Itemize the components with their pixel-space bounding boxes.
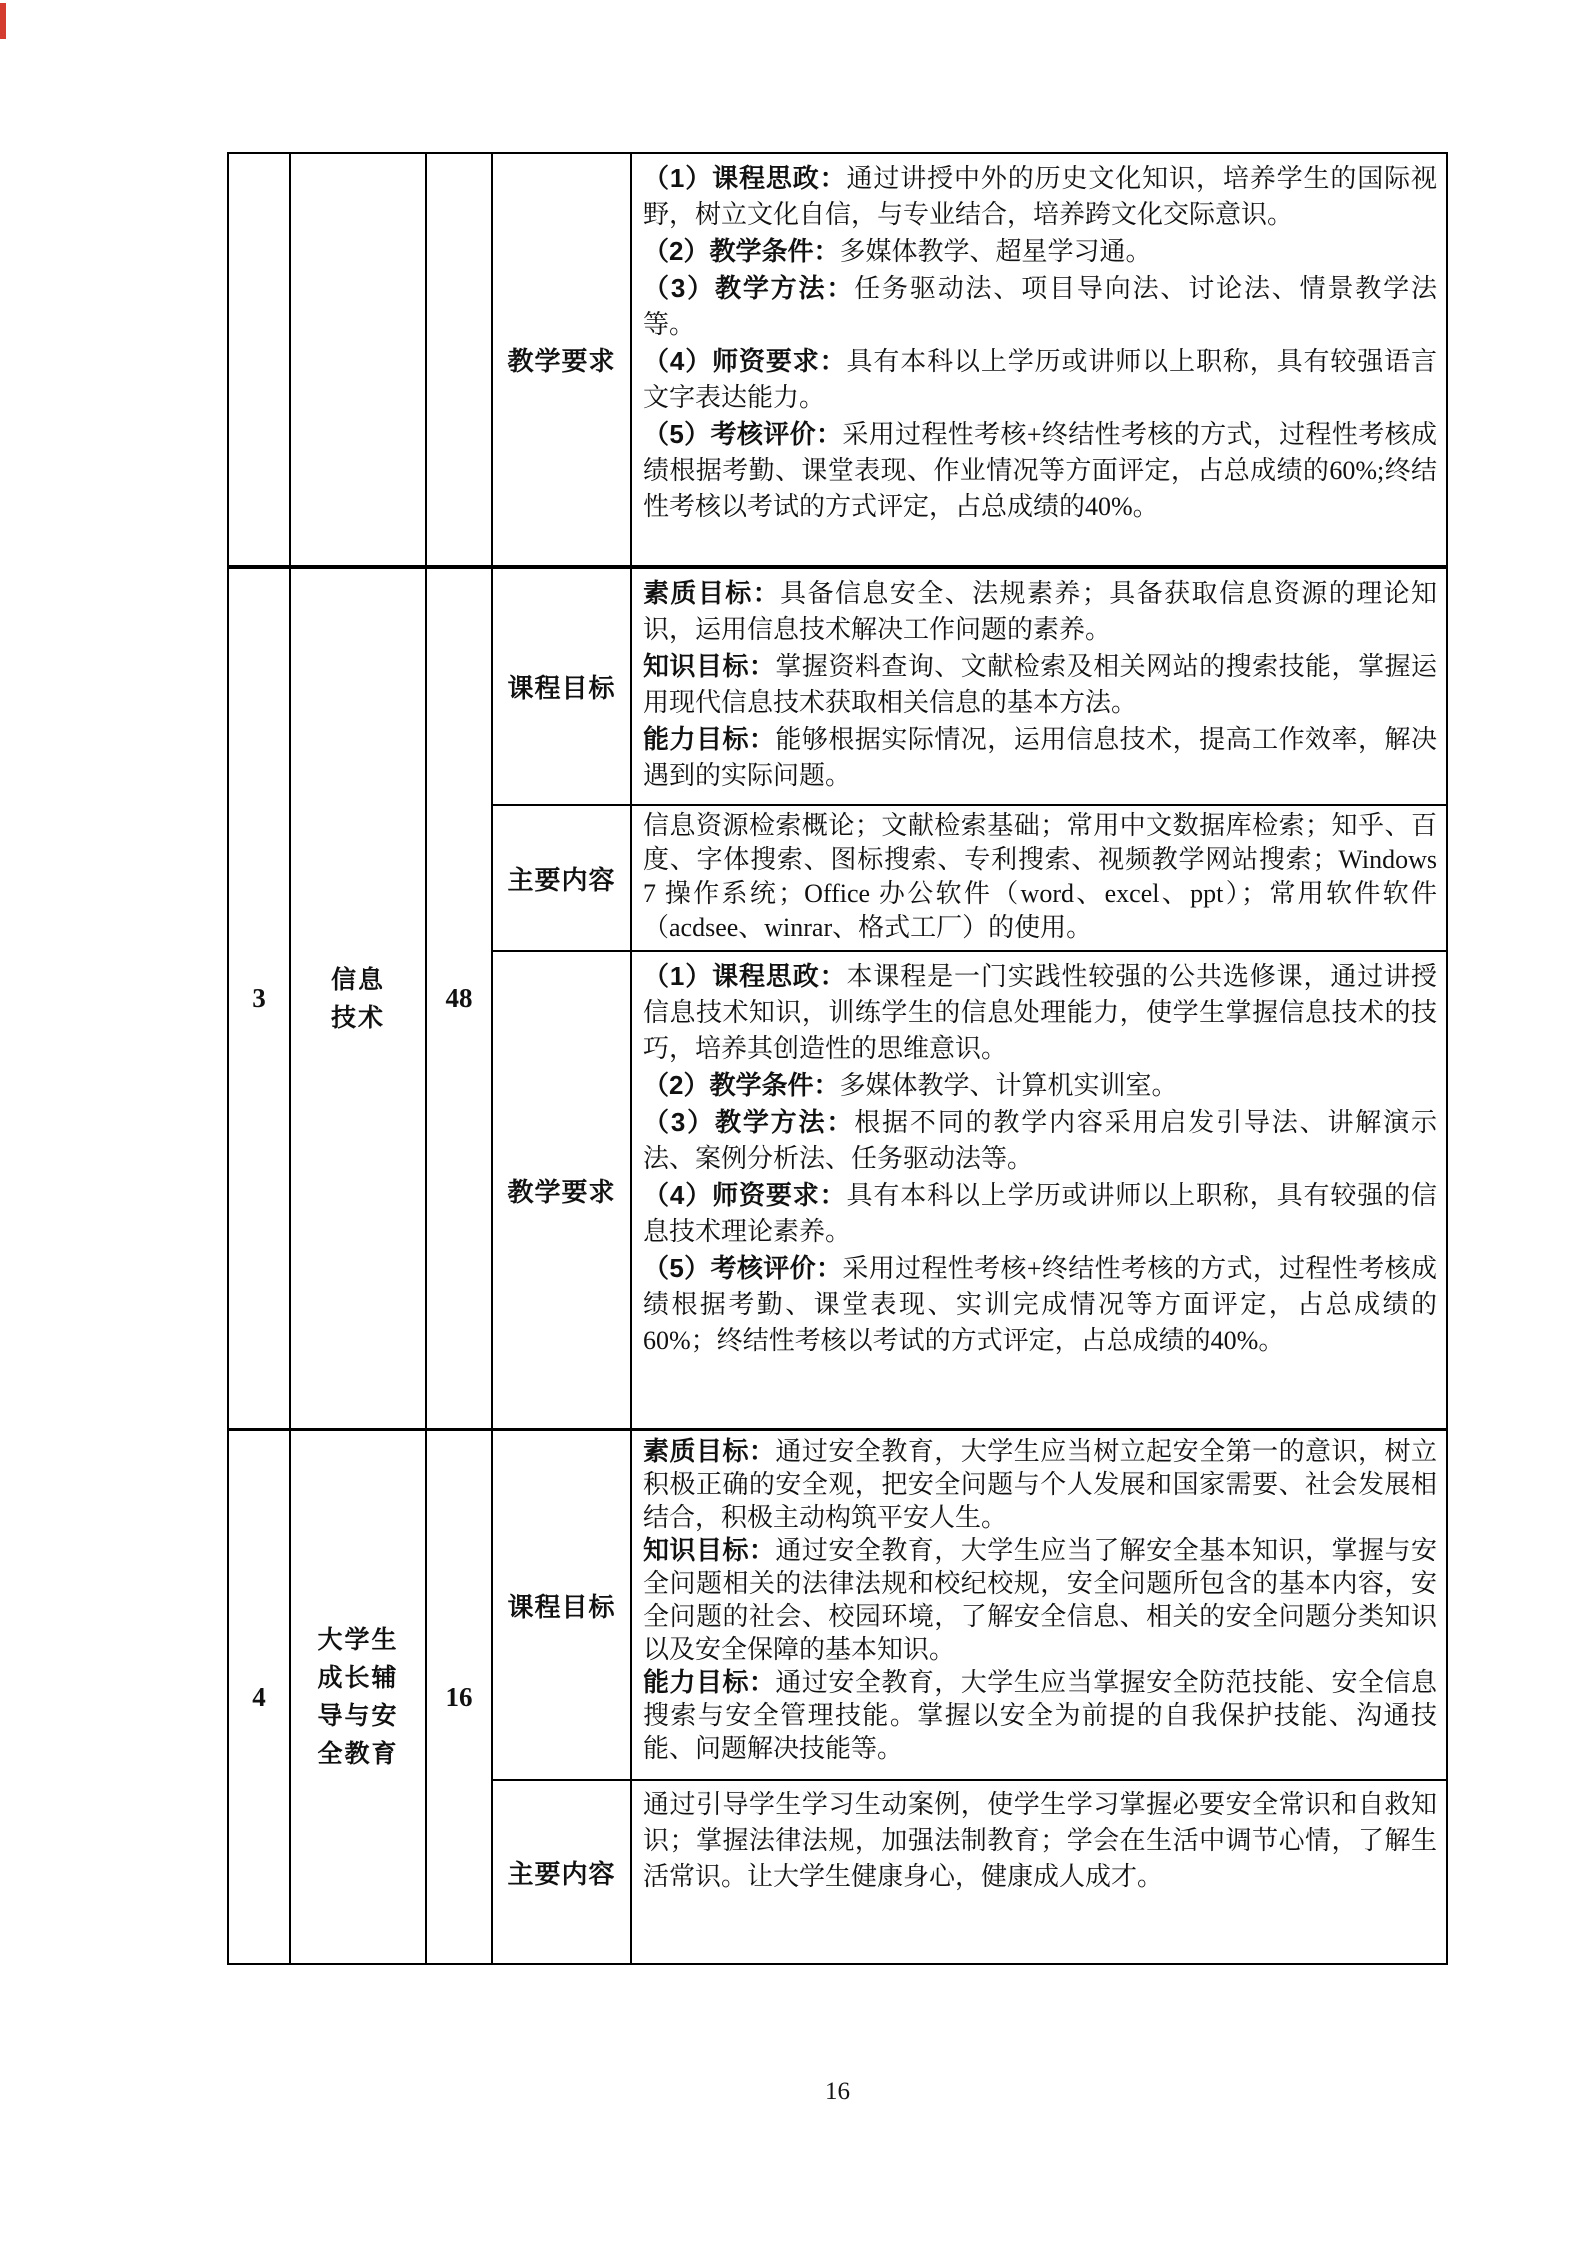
- paragraph: （5）考核评价：采用过程性考核+终结性考核的方式，过程性考核成绩根据考勤、课堂表…: [643, 1250, 1437, 1359]
- paragraph-lead: （3）教学方法：: [643, 1107, 854, 1137]
- curriculum-table: 教学要求 （1）课程思政：通过讲授中外的历史文化知识，培养学生的国际视野，树立文…: [227, 152, 1448, 1965]
- cell-section-content: 素质目标：通过安全教育，大学生应当树立起安全第一的意识，树立积极正确的安全观，把…: [632, 1431, 1446, 1779]
- paragraph: 信息资源检索概论；文献检索基础；常用中文数据库检索；知乎、百度、字体搜索、图标搜…: [643, 809, 1437, 945]
- scan-artifact-red: [0, 3, 6, 39]
- cell-serial-number: 4: [229, 1431, 291, 1963]
- paragraph: 通过引导学生学习生动案例，使学生学习掌握必要安全常识和自救知识；掌握法律法规，加…: [643, 1787, 1437, 1895]
- cell-section-label: 教学要求: [493, 952, 632, 1428]
- paragraph-lead: 知识目标：: [643, 1535, 775, 1565]
- table-row-continuation: 教学要求 （1）课程思政：通过讲授中外的历史文化知识，培养学生的国际视野，树立文…: [229, 154, 1446, 565]
- course-sections: 教学要求 （1）课程思政：通过讲授中外的历史文化知识，培养学生的国际视野，树立文…: [493, 154, 1446, 565]
- paragraph-lead: 素质目标：: [643, 578, 780, 608]
- paragraph: （2）教学条件：多媒体教学、超星学习通。: [643, 233, 1437, 270]
- paragraph: 能力目标：通过安全教育，大学生应当掌握安全防范技能、安全信息搜索与安全管理技能。…: [643, 1666, 1437, 1765]
- cell-course-name: [291, 154, 427, 565]
- cell-hours: 48: [427, 569, 493, 1428]
- paragraph-lead: 知识目标：: [643, 651, 775, 681]
- cell-serial-number: [229, 154, 291, 565]
- section-teaching-requirements: 教学要求 （1）课程思政：通过讲授中外的历史文化知识，培养学生的国际视野，树立文…: [493, 154, 1446, 565]
- cell-section-content: 信息资源检索概论；文献检索基础；常用中文数据库检索；知乎、百度、字体搜索、图标搜…: [632, 806, 1446, 950]
- table-row-course-4: 4 大学生 成长辅 导与安 全教育 16 课程目标 素质目标：通过安全教育，大学…: [229, 1428, 1446, 1963]
- paragraph-lead: （4）师资要求：: [643, 346, 847, 376]
- paragraph: （4）师资要求：具有本科以上学历或讲师以上职称，具有较强的信息技术理论素养。: [643, 1177, 1437, 1250]
- paragraph-lead: 能力目标：: [643, 724, 775, 754]
- paragraph-lead: （1）课程思政：: [643, 961, 847, 991]
- paragraph-lead: 素质目标：: [643, 1436, 775, 1466]
- cell-course-name: 信息 技术: [291, 569, 427, 1428]
- paragraph-lead: 能力目标：: [643, 1667, 775, 1697]
- cell-section-content: （1）课程思政：通过讲授中外的历史文化知识，培养学生的国际视野，树立文化自信，与…: [632, 154, 1446, 565]
- paragraph: （3）教学方法：根据不同的教学内容采用启发引导法、讲解演示法、案例分析法、任务驱…: [643, 1104, 1437, 1177]
- paragraph-lead: （2）教学条件：: [643, 1070, 839, 1100]
- paragraph-lead: （5）考核评价：: [643, 1253, 842, 1283]
- cell-section-label: 课程目标: [493, 1431, 632, 1779]
- paragraph-lead: （5）考核评价：: [643, 419, 842, 449]
- paragraph: （5）考核评价：采用过程性考核+终结性考核的方式，过程性考核成绩根据考勤、课堂表…: [643, 416, 1437, 525]
- section-course-goals: 课程目标 素质目标：具备信息安全、法规素养；具备获取信息资源的理论知识，运用信息…: [493, 569, 1446, 804]
- paragraph-lead: （1）课程思政：: [643, 163, 847, 193]
- paragraph: （1）课程思政：本课程是一门实践性较强的公共选修课，通过讲授信息技术知识，训练学…: [643, 958, 1437, 1067]
- paragraph: （4）师资要求：具有本科以上学历或讲师以上职称，具有较强语言文字表达能力。: [643, 343, 1437, 416]
- cell-section-content: 通过引导学生学习生动案例，使学生学习掌握必要安全常识和自救知识；掌握法律法规，加…: [632, 1781, 1446, 1963]
- paragraph-lead: （4）师资要求：: [643, 1180, 847, 1210]
- cell-course-name: 大学生 成长辅 导与安 全教育: [291, 1431, 427, 1963]
- paragraph-lead: （2）教学条件：: [643, 236, 839, 266]
- section-teaching-requirements: 教学要求 （1）课程思政：本课程是一门实践性较强的公共选修课，通过讲授信息技术知…: [493, 950, 1446, 1428]
- cell-serial-number: 3: [229, 569, 291, 1428]
- paragraph-lead: （3）教学方法：: [643, 273, 854, 303]
- paragraph: （2）教学条件：多媒体教学、计算机实训室。: [643, 1067, 1437, 1104]
- paragraph: 能力目标：能够根据实际情况，运用信息技术，提高工作效率，解决遇到的实际问题。: [643, 721, 1437, 794]
- cell-section-content: 素质目标：具备信息安全、法规素养；具备获取信息资源的理论知识，运用信息技术解决工…: [632, 569, 1446, 804]
- paragraph: 知识目标：通过安全教育，大学生应当了解安全基本知识，掌握与安全问题相关的法律法规…: [643, 1534, 1437, 1666]
- paragraph: （3）教学方法：任务驱动法、项目导向法、讨论法、情景教学法等。: [643, 270, 1437, 343]
- paragraph: 知识目标：掌握资料查询、文献检索及相关网站的搜索技能，掌握运用现代信息技术获取相…: [643, 648, 1437, 721]
- page-number: 16: [227, 2078, 1448, 2106]
- cell-section-label: 主要内容: [493, 806, 632, 950]
- cell-section-label: 课程目标: [493, 569, 632, 804]
- cell-section-label: 主要内容: [493, 1781, 632, 1963]
- course-sections: 课程目标 素质目标：通过安全教育，大学生应当树立起安全第一的意识，树立积极正确的…: [493, 1431, 1446, 1963]
- cell-hours: 16: [427, 1431, 493, 1963]
- section-course-goals: 课程目标 素质目标：通过安全教育，大学生应当树立起安全第一的意识，树立积极正确的…: [493, 1431, 1446, 1779]
- section-main-content: 主要内容 通过引导学生学习生动案例，使学生学习掌握必要安全常识和自救知识；掌握法…: [493, 1779, 1446, 1963]
- table-row-course-3: 3 信息 技术 48 课程目标 素质目标：具备信息安全、法规素养；具备获取信息资…: [229, 565, 1446, 1428]
- paragraph: 素质目标：通过安全教育，大学生应当树立起安全第一的意识，树立积极正确的安全观，把…: [643, 1435, 1437, 1534]
- cell-section-label: 教学要求: [493, 154, 632, 565]
- cell-hours: [427, 154, 493, 565]
- paragraph: 素质目标：具备信息安全、法规素养；具备获取信息资源的理论知识，运用信息技术解决工…: [643, 575, 1437, 648]
- course-sections: 课程目标 素质目标：具备信息安全、法规素养；具备获取信息资源的理论知识，运用信息…: [493, 569, 1446, 1428]
- cell-section-content: （1）课程思政：本课程是一门实践性较强的公共选修课，通过讲授信息技术知识，训练学…: [632, 952, 1446, 1428]
- paragraph: （1）课程思政：通过讲授中外的历史文化知识，培养学生的国际视野，树立文化自信，与…: [643, 160, 1437, 233]
- section-main-content: 主要内容 信息资源检索概论；文献检索基础；常用中文数据库检索；知乎、百度、字体搜…: [493, 804, 1446, 950]
